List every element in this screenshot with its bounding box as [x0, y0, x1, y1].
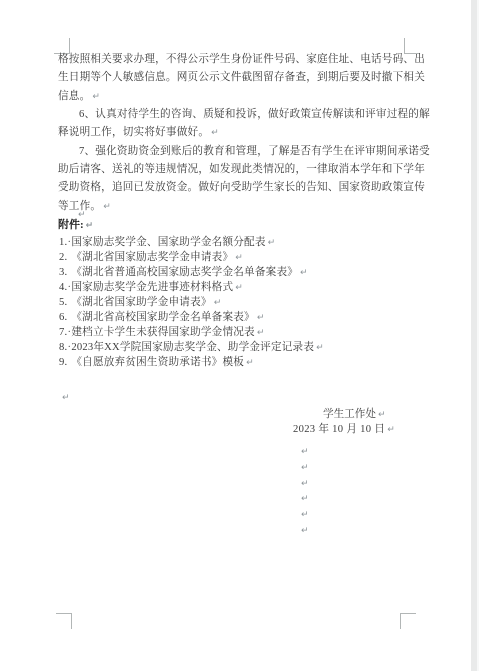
body-text-line: 6、认真对待学生的咨询、质疑和投诉，做好政策宣传解读和评审过程的解 — [58, 106, 430, 124]
paragraph-mark-icon: ↵ — [246, 358, 254, 368]
body-text-line: 生日期等个人敏感信息。网页公示文件截图留存备查，到期后要及时撤下相关 — [58, 69, 425, 87]
empty-paragraph-mark: ↵ — [301, 525, 309, 537]
attachment-list-item: 9. 《自愿放弃贫困生资助承诺书》模板↵ — [59, 355, 254, 370]
paragraph-mark-icon: ↵ — [211, 128, 219, 138]
empty-paragraph-mark: ↵ — [301, 509, 309, 521]
attachment-list-item: 3. 《湖北省普通高校国家励志奖学金名单备案表》↵ — [59, 265, 308, 280]
empty-paragraph-mark: ↵ — [301, 446, 309, 458]
attachment-list-item: 2. 《湖北省国家励志奖学金申请表》↵ — [59, 250, 243, 265]
signature-date: 2023 年 10 月 10 日↵ — [293, 422, 395, 438]
paragraph-mark-icon: ↵ — [316, 343, 324, 353]
paragraph-mark-icon: ↵ — [257, 313, 265, 323]
paragraph-mark-icon: ↵ — [235, 253, 243, 263]
empty-paragraph-mark: ↵ — [301, 493, 309, 505]
paragraph-mark-icon: ↵ — [300, 268, 308, 278]
empty-paragraph-mark: ↵ — [301, 462, 309, 474]
body-text-line: 信息。↵ — [58, 88, 100, 106]
signature-department: 学生工作处↵ — [323, 407, 386, 423]
margin-mark-bottom-left — [56, 613, 72, 629]
attachment-list-item: 6. 《湖北省高校国家助学金名单备案表》↵ — [59, 310, 265, 325]
attachment-list-item: 1.·国家励志奖学金、国家助学金名额分配表↵ — [59, 235, 275, 250]
attachment-list-item: 8.·2023年XX学院国家励志奖学金、助学金评定记录表↵ — [59, 340, 324, 355]
attachments-heading: 附件:↵ — [58, 218, 93, 233]
paragraph-mark-icon: ↵ — [257, 328, 265, 338]
paragraph-mark-icon: ↵ — [235, 283, 243, 293]
paragraph-mark-icon: ↵ — [103, 202, 111, 212]
signature-date-label: 2023 年 10 月 10 日 — [293, 424, 385, 435]
attachment-list-item: 4.·国家励志奖学金先进事迹材料格式↵ — [59, 280, 243, 295]
paragraph-mark-icon: ↵ — [86, 221, 94, 231]
body-text-line: 7、强化资助资金到账后的教育和管理，了解是否有学生在评审期间承诺受 — [58, 143, 430, 161]
body-text-line: 受助资格，追回已发放资金。做好向受助学生家长的告知、国家资助政策宣传 — [58, 179, 425, 197]
document-page[interactable]: 格按照相关要求办理，不得公示学生身份证件号码、家庭住址、电话号码、出生日期等个人… — [0, 0, 479, 671]
paragraph-mark-icon: ↵ — [92, 92, 100, 102]
body-text-line: 格按照相关要求办理，不得公示学生身份证件号码、家庭住址、电话号码、出 — [58, 51, 425, 69]
margin-mark-bottom-right — [400, 613, 416, 629]
paragraph-mark-icon: ↵ — [214, 298, 222, 308]
paragraph-mark-icon: ↵ — [387, 425, 395, 435]
paragraph-mark-icon: ↵ — [378, 410, 386, 420]
paragraph-mark-icon: ↵ — [268, 238, 276, 248]
empty-paragraph-mark: ↵ — [62, 392, 70, 404]
body-text-line: 释说明工作，切实将好事做好。↵ — [58, 124, 219, 142]
attachment-list-item: 7.·建档立卡学生未获得国家助学金情况表↵ — [59, 325, 265, 340]
attachment-list-item: 5. 《湖北省国家助学金申请表》↵ — [59, 295, 221, 310]
attachments-heading-label: 附件: — [58, 219, 84, 231]
body-text-line: 助后请客、送礼的等违规情况，如发现此类情况的，一律取消本学年和下学年 — [58, 161, 425, 179]
empty-paragraph-mark: ↵ — [301, 478, 309, 490]
signature-department-label: 学生工作处 — [323, 409, 376, 420]
